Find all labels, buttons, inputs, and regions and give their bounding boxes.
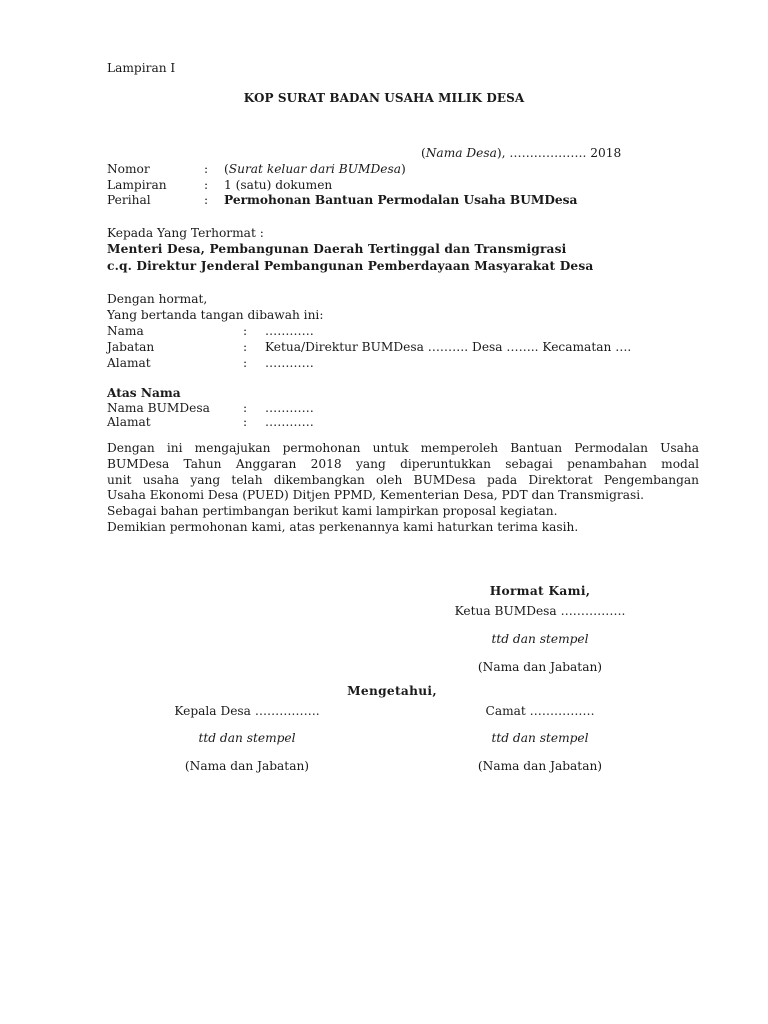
meta-label: Nomor (107, 162, 150, 178)
date-value: ), ………………. 2018 (497, 146, 621, 160)
signer-position: Ketua BUMDesa ……………. (420, 604, 660, 620)
date-line: (Nama Desa), ………………. 2018 (421, 146, 621, 162)
field-colon: : (243, 415, 247, 431)
acknowledged-heading: Mengetahui, (292, 684, 492, 700)
field-label: Jabatan (107, 340, 154, 356)
letterhead-title: KOP SURAT BADAN USAHA MILIK DESA (0, 91, 768, 107)
recipient-line-1: Menteri Desa, Pembangunan Daerah Terting… (107, 242, 566, 258)
paren-close: ) (401, 162, 406, 176)
meta-label: Lampiran (107, 178, 167, 194)
signatory-intro: Yang bertanda tangan dibawah ini: (107, 308, 323, 324)
field-value: ………… (265, 356, 314, 372)
meta-colon: : (204, 178, 208, 194)
closing-sentence: Demikian permohonan kami, atas perkenann… (107, 520, 699, 536)
field-value: ………… (265, 415, 314, 431)
meta-label: Perihal (107, 193, 151, 209)
field-value: ………… (265, 324, 314, 340)
field-colon: : (243, 356, 247, 372)
field-value: Ketua/Direktur BUMDesa ………. Desa …….. Ke… (265, 340, 631, 356)
paragraph-line: BUMDesa Tahun Anggaran 2018 yang diperun… (107, 457, 699, 473)
field-colon: : (243, 340, 247, 356)
meta-value: 1 (satu) dokumen (224, 178, 332, 194)
greeting: Dengan hormat, (107, 292, 207, 308)
attachment-sentence: Sebagai bahan pertimbangan berikut kami … (107, 504, 699, 520)
meta-colon: : (204, 162, 208, 178)
on-behalf-heading: Atas Nama (107, 386, 181, 402)
meta-value: (Surat keluar dari BUMDesa) (224, 162, 406, 178)
field-label: Alamat (107, 415, 151, 431)
attachment-label: Lampiran I (107, 61, 175, 77)
district-head-stamp-note: ttd dan stempel (430, 731, 650, 747)
recipient-line-2: c.q. Direktur Jenderal Pembangunan Pembe… (107, 259, 593, 275)
paragraph-line: unit usaha yang telah dikembangkan oleh … (107, 473, 699, 489)
regards-heading: Hormat Kami, (420, 584, 660, 600)
district-head-name-title: (Nama dan Jabatan) (430, 759, 650, 775)
letter-number-placeholder: Surat keluar dari BUMDesa (229, 162, 401, 176)
signer-name-title: (Nama dan Jabatan) (420, 660, 660, 676)
field-label: Nama (107, 324, 144, 340)
recipient-salutation: Kepada Yang Terhormat : (107, 226, 264, 242)
signer-stamp-note: ttd dan stempel (420, 632, 660, 648)
subject-value: Permohonan Bantuan Permodalan Usaha BUMD… (224, 193, 577, 209)
paragraph-line: Dengan ini mengajukan permohonan untuk m… (107, 441, 699, 457)
village-head-position: Kepala Desa ……………. (137, 704, 357, 720)
meta-colon: : (204, 193, 208, 209)
village-head-name-title: (Nama dan Jabatan) (137, 759, 357, 775)
body-paragraph: Dengan ini mengajukan permohonan untuk m… (107, 441, 699, 536)
field-colon: : (243, 324, 247, 340)
paragraph-line: Usaha Ekonomi Desa (PUED) Ditjen PPMD, K… (107, 488, 699, 504)
district-head-position: Camat ……………. (430, 704, 650, 720)
village-name-placeholder: Nama Desa (426, 146, 497, 160)
field-label: Alamat (107, 356, 151, 372)
village-head-stamp-note: ttd dan stempel (137, 731, 357, 747)
